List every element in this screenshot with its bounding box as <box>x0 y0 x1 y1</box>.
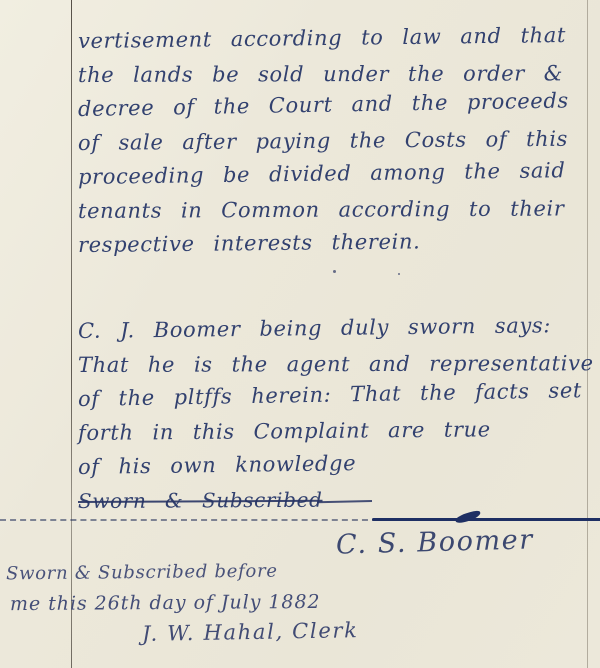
handwritten-line: respective interests therein. <box>78 223 583 262</box>
ink-speck <box>398 273 400 275</box>
paragraph-affidavit: C. J. Boomer being duly sworn says: That… <box>78 314 583 518</box>
handwritten-line: vertisement according to law and that <box>78 18 583 58</box>
strike-extension <box>317 499 372 502</box>
struck-text: Sworn & Subscribed <box>78 488 323 513</box>
attestation-line: me this 26th day of July 1882 <box>10 591 321 615</box>
right-edge-rule <box>587 0 588 668</box>
handwritten-line: C. J. Boomer being duly sworn says: <box>78 308 583 348</box>
document-page: vertisement according to law and that th… <box>0 0 600 668</box>
handwritten-line: proceeding be divided among the said <box>78 153 583 194</box>
struck-text-line: Sworn & Subscribed <box>78 481 583 518</box>
clerk-signature: J. W. Hahal, Clerk <box>142 618 359 646</box>
paragraph-order-of-sale: vertisement according to law and that th… <box>78 24 583 262</box>
attestation-line: Sworn & Subscribed before <box>6 561 278 585</box>
ink-rule-solid-segment <box>372 518 600 521</box>
handwritten-line: of his own knowledge <box>78 443 583 484</box>
ink-speck <box>333 270 336 273</box>
ink-rule-dashed-segment <box>0 519 378 521</box>
boomer-signature: C. S. Boomer <box>336 524 535 560</box>
ink-rule <box>0 517 600 522</box>
